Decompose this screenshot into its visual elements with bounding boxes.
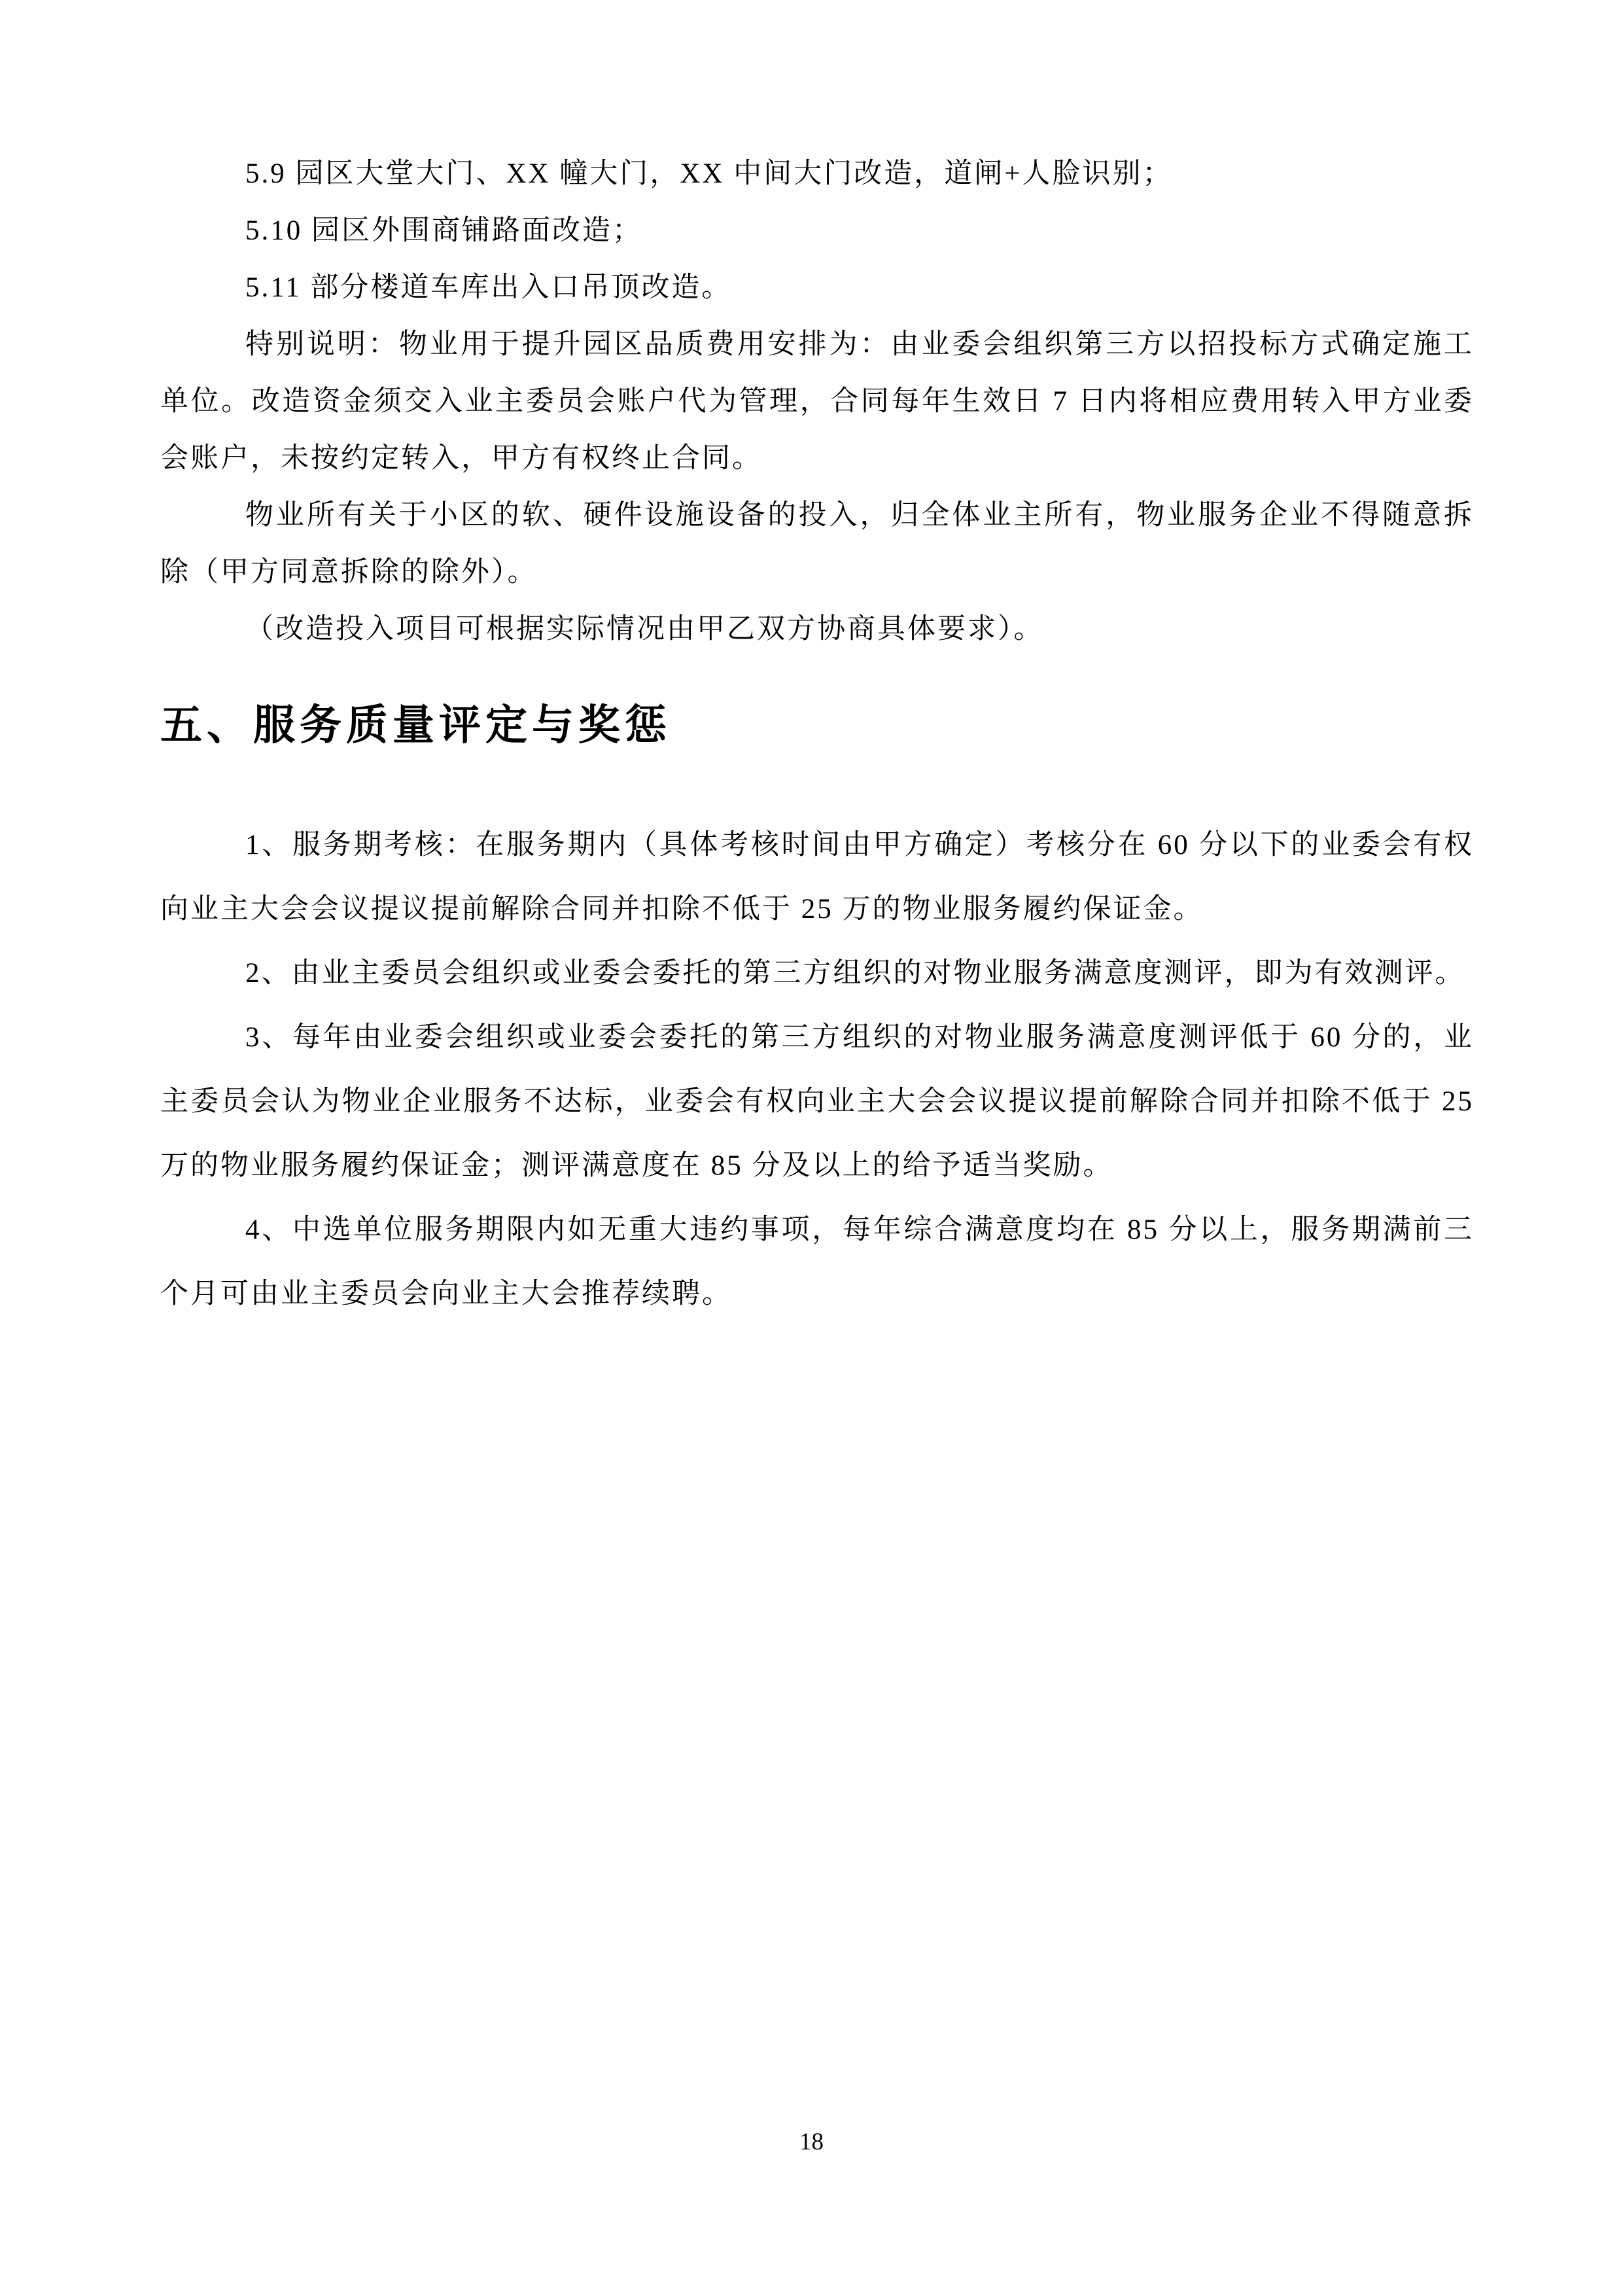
assessment-paragraph-4: 4、中选单位服务期限内如无重大违约事项，每年综合满意度均在 85 分以上，服务期…	[160, 1198, 1474, 1326]
document-page: 5.9 园区大堂大门、XX 幢大门，XX 中间大门改造，道闸+人脸识别； 5.1…	[0, 0, 1623, 2296]
assessment-paragraph-2: 2、由业主委员会组织或业委会委托的第三方组织的对物业服务满意度测评，即为有效测评…	[160, 942, 1474, 1006]
renovation-consultation-paragraph: （改造投入项目可根据实际情况由甲乙双方协商具体要求）。	[160, 601, 1474, 658]
clause-5-9: 5.9 园区大堂大门、XX 幢大门，XX 中间大门改造，道闸+人脸识别；	[160, 145, 1474, 202]
assessment-paragraph-1: 1、服务期考核：在服务期内（具体考核时间由甲方确定）考核分在 60 分以下的业委…	[160, 813, 1474, 942]
special-note-paragraph: 特别说明：物业用于提升园区品质费用安排为：由业委会组织第三方以招投标方式确定施工…	[160, 316, 1474, 487]
document-body: 5.9 园区大堂大门、XX 幢大门，XX 中间大门改造，道闸+人脸识别； 5.1…	[160, 145, 1474, 1326]
clause-5-11: 5.11 部分楼道车库出入口吊顶改造。	[160, 259, 1474, 316]
property-ownership-paragraph: 物业所有关于小区的软、硬件设施设备的投入，归全体业主所有，物业服务企业不得随意拆…	[160, 487, 1474, 601]
assessment-paragraph-3: 3、每年由业委会组织或业委会委托的第三方组织的对物业服务满意度测评低于 60 分…	[160, 1006, 1474, 1198]
page-number: 18	[0, 2128, 1623, 2157]
section-heading: 五、服务质量评定与奖惩	[160, 696, 1474, 756]
clause-5-10: 5.10 园区外围商铺路面改造；	[160, 202, 1474, 259]
